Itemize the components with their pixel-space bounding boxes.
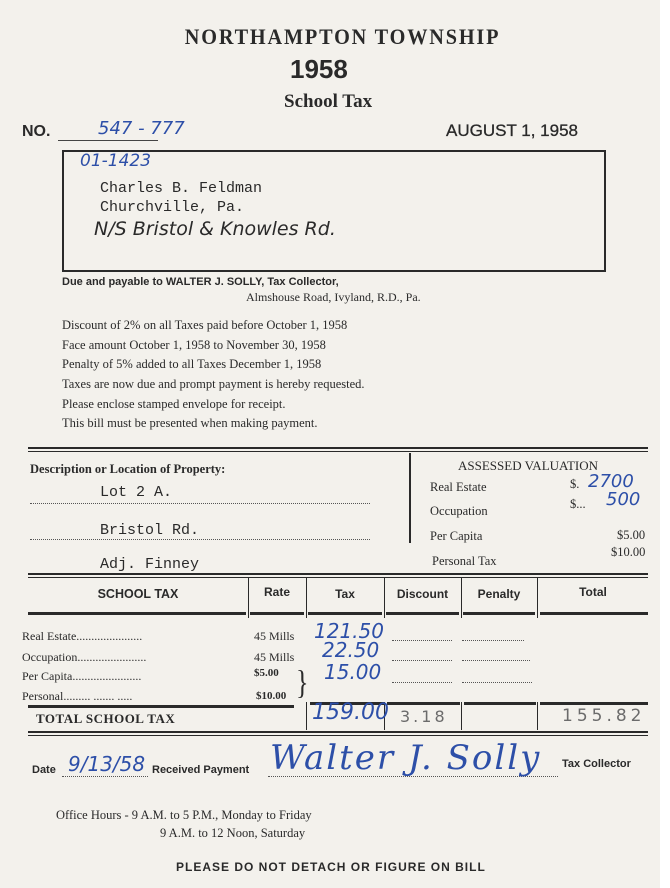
tax-type-title: School Tax [284, 91, 372, 113]
brace-icon: } [296, 664, 308, 703]
assessed-personal-tax-label: Personal Tax [432, 554, 497, 569]
property-dotted-2 [30, 539, 370, 540]
assessed-occupation-prefix: $... [570, 497, 586, 512]
municipality-title: NORTHAMPTON TOWNSHIP [185, 24, 479, 50]
row-occupation-label: Occupation....................... [22, 650, 146, 665]
header-underline-5 [463, 612, 535, 615]
property-line-2: Bristol Rd. [100, 522, 199, 539]
property-dotted-1 [30, 503, 370, 504]
total-sep-penalty [461, 702, 462, 730]
row-per-capita-label: Per Capita....................... [22, 669, 141, 684]
row-real-estate-rate: 45 Mills [254, 629, 294, 644]
header-underline-1 [28, 612, 246, 615]
footer-notice: PLEASE DO NOT DETACH OR FIGURE ON BILL [176, 860, 486, 874]
row-occupation-penalty-dots [462, 660, 530, 661]
total-topline-total [540, 702, 648, 705]
property-valuation-separator [409, 453, 411, 543]
payment-date: 9/13/58 [68, 752, 145, 776]
row-occupation-rate: 45 Mills [254, 650, 294, 665]
bill-date: AUGUST 1, 1958 [446, 121, 578, 141]
header-underline-3 [308, 612, 382, 615]
row-per-capita-rate: $5.00 [254, 667, 279, 679]
terms-face-amount: Face amount October 1, 1958 to November … [62, 338, 326, 353]
tax-collector-label: Tax Collector [562, 758, 631, 770]
collector-signature: Walter J. Solly [270, 738, 541, 778]
terms-envelope: Please enclose stamped envelope for rece… [62, 397, 286, 412]
assessed-real-estate-label: Real Estate [430, 480, 487, 495]
table-top-line-thin [28, 577, 648, 578]
property-label: Description or Location of Property: [30, 462, 225, 477]
total-total-value: 155.82 [562, 706, 645, 726]
bill-number: 547 - 777 [98, 118, 185, 139]
assessed-occupation-label: Occupation [430, 504, 488, 519]
payable-to-line2: Almshouse Road, Ivyland, R.D., Pa. [246, 290, 421, 305]
office-hours-line2: 9 A.M. to 12 Noon, Saturday [160, 826, 305, 841]
assessed-per-capita-label: Per Capita [430, 529, 482, 544]
row-per-capita-penalty-dots [462, 682, 532, 683]
header-underline-4 [386, 612, 459, 615]
account-number: 01-1423 [80, 151, 151, 171]
section-divider-top-thin [28, 451, 648, 452]
number-underline [58, 140, 158, 141]
office-hours-line1: Office Hours - 9 A.M. to 5 P.M., Monday … [56, 808, 312, 823]
bill-year: 1958 [290, 54, 348, 85]
assessed-personal-tax-value: $10.00 [611, 545, 645, 560]
row-real-estate-discount-dots [392, 640, 452, 641]
total-topline-discount [387, 702, 460, 705]
row-per-capita-tax: 15.00 [324, 660, 381, 684]
header-total: Total [537, 585, 649, 599]
header-school-tax: SCHOOL TAX [28, 587, 248, 601]
header-tax: Tax [306, 587, 384, 601]
header-rate: Rate [248, 585, 306, 599]
terms-penalty: Penalty of 5% added to all Taxes Decembe… [62, 357, 321, 372]
total-sep-tax [306, 702, 307, 730]
received-payment-label: Received Payment [152, 764, 249, 776]
terms-discount: Discount of 2% on all Taxes paid before … [62, 318, 347, 333]
date-label: Date [32, 764, 56, 776]
section-divider-top [28, 447, 648, 449]
assessed-valuation-title: ASSESSED VALUATION [458, 458, 598, 474]
header-underline-2 [250, 612, 304, 615]
row-occupation-discount-dots [392, 660, 452, 661]
terms-due: Taxes are now due and prompt payment is … [62, 377, 365, 392]
row-real-estate-penalty-dots [462, 640, 524, 641]
property-line-1: Lot 2 A. [100, 484, 172, 501]
row-occupation-tax: 22.50 [322, 638, 379, 662]
taxpayer-city: Churchville, Pa. [100, 199, 244, 216]
total-sep-total [537, 702, 538, 730]
property-note: N/S Bristol & Knowles Rd. [94, 218, 336, 240]
header-penalty: Penalty [461, 587, 537, 601]
total-school-tax-label: TOTAL SCHOOL TAX [36, 711, 175, 727]
table-top-line [28, 573, 648, 575]
number-label: NO. [22, 123, 50, 141]
total-topline-penalty [464, 702, 536, 705]
payable-to-line1: Due and payable to WALTER J. SOLLY, Tax … [62, 276, 339, 288]
row-personal-rate: $10.00 [256, 690, 286, 702]
total-bottomline-thin [28, 735, 648, 736]
property-line-3: Adj. Finney [100, 556, 199, 573]
assessed-occupation-value: 500 [606, 489, 640, 510]
row-personal-label: Personal......... ....... ..... [22, 689, 132, 704]
total-tax-value: 159.00 [312, 700, 389, 725]
terms-present-bill: This bill must be presented when making … [62, 416, 318, 431]
total-topline-left [28, 705, 294, 708]
taxpayer-name: Charles B. Feldman [100, 180, 262, 197]
header-underline-6 [540, 612, 648, 615]
total-discount-value: 3.18 [400, 707, 448, 726]
row-real-estate-label: Real Estate...................... [22, 629, 142, 644]
assessed-per-capita-value: $5.00 [617, 528, 645, 543]
assessed-real-estate-prefix: $. [570, 477, 579, 492]
date-dotted-line [62, 776, 148, 777]
tax-bill-document: NORTHAMPTON TOWNSHIP 1958 School Tax NO.… [0, 0, 660, 888]
header-discount: Discount [384, 587, 461, 601]
row-per-capita-discount-dots [392, 682, 452, 683]
total-bottomline [28, 731, 648, 733]
